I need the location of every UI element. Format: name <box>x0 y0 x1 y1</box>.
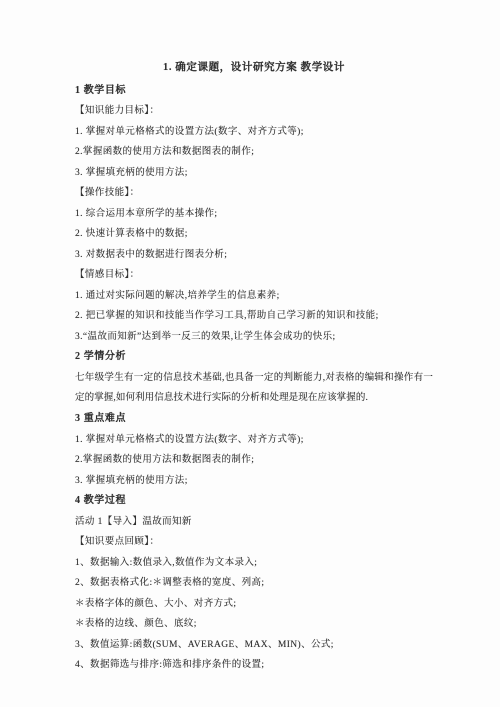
doc-line: 2.掌握函数的使用方法和数据图表的制作; <box>75 142 433 163</box>
doc-line: 1、数据输入:数值录入,数值作为文本录入; <box>75 553 433 574</box>
document-title: 1. 确定课题，设计研究方案 教学设计 <box>75 58 433 79</box>
doc-line-knowledge-goals-label: 【知识能力目标】： <box>75 101 433 122</box>
doc-line: 3. 掌握填充柄的使用方法; <box>75 163 433 184</box>
doc-line: 1. 通过对实际问题的解决,培养学生的信息素养; <box>75 286 433 307</box>
doc-line: 2、数据表格式化:＊调整表格的宽度、列高; <box>75 573 433 594</box>
doc-line-emotion-goals-label: 【情感目标】： <box>75 265 433 286</box>
doc-paragraph-learner-analysis: 七年级学生有一定的信息技术基础,也具备一定的判断能力,对表格的编辑和操作有一定的… <box>75 368 433 410</box>
doc-line: ＊表格字体的颜色、大小、对齐方式; <box>75 594 433 615</box>
doc-line: 1. 综合运用本章所学的基本操作; <box>75 204 433 225</box>
doc-line: 3.“温故而知新”达到举一反三的效果,让学生体会成功的快乐; <box>75 327 433 348</box>
section-heading-key-difficulties: 3 重点难点 <box>75 409 433 430</box>
document-page: 1. 确定课题，设计研究方案 教学设计 1 教学目标 【知识能力目标】： 1. … <box>0 0 500 707</box>
doc-line: 3. 对数据表中的数据进行图表分析; <box>75 245 433 266</box>
doc-line: 2.掌握函数的使用方法和数据图表的制作; <box>75 450 433 471</box>
doc-line-activity-intro: 活动 1【导入】温故而知新 <box>75 512 433 533</box>
doc-line-knowledge-review-label: 【知识要点回顾】： <box>75 532 433 553</box>
doc-line: 2. 把已掌握的知识和技能当作学习工具,帮助自己学习新的知识和技能; <box>75 306 433 327</box>
doc-line: 4、数据筛选与排序:筛选和排序条件的设置; <box>75 655 433 676</box>
section-heading-teaching-process: 4 教学过程 <box>75 491 433 512</box>
section-heading-learner-analysis: 2 学情分析 <box>75 347 433 368</box>
doc-line: 1. 掌握对单元格格式的设置方法(数字、对齐方式等); <box>75 122 433 143</box>
doc-line: 3. 掌握填充柄的使用方法; <box>75 471 433 492</box>
doc-line-operation-skills-label: 【操作技能】： <box>75 183 433 204</box>
doc-line: 1. 掌握对单元格格式的设置方法(数字、对齐方式等); <box>75 430 433 451</box>
section-heading-teaching-goals: 1 教学目标 <box>75 81 433 102</box>
doc-line: 2. 快速计算表格中的数据; <box>75 224 433 245</box>
doc-line: 3、数值运算:函数(SUM、AVERAGE、MAX、MIN)、公式; <box>75 635 433 656</box>
document-body: 1. 确定课题，设计研究方案 教学设计 1 教学目标 【知识能力目标】： 1. … <box>75 58 433 676</box>
doc-line: ＊表格的边线、颜色、底纹; <box>75 614 433 635</box>
